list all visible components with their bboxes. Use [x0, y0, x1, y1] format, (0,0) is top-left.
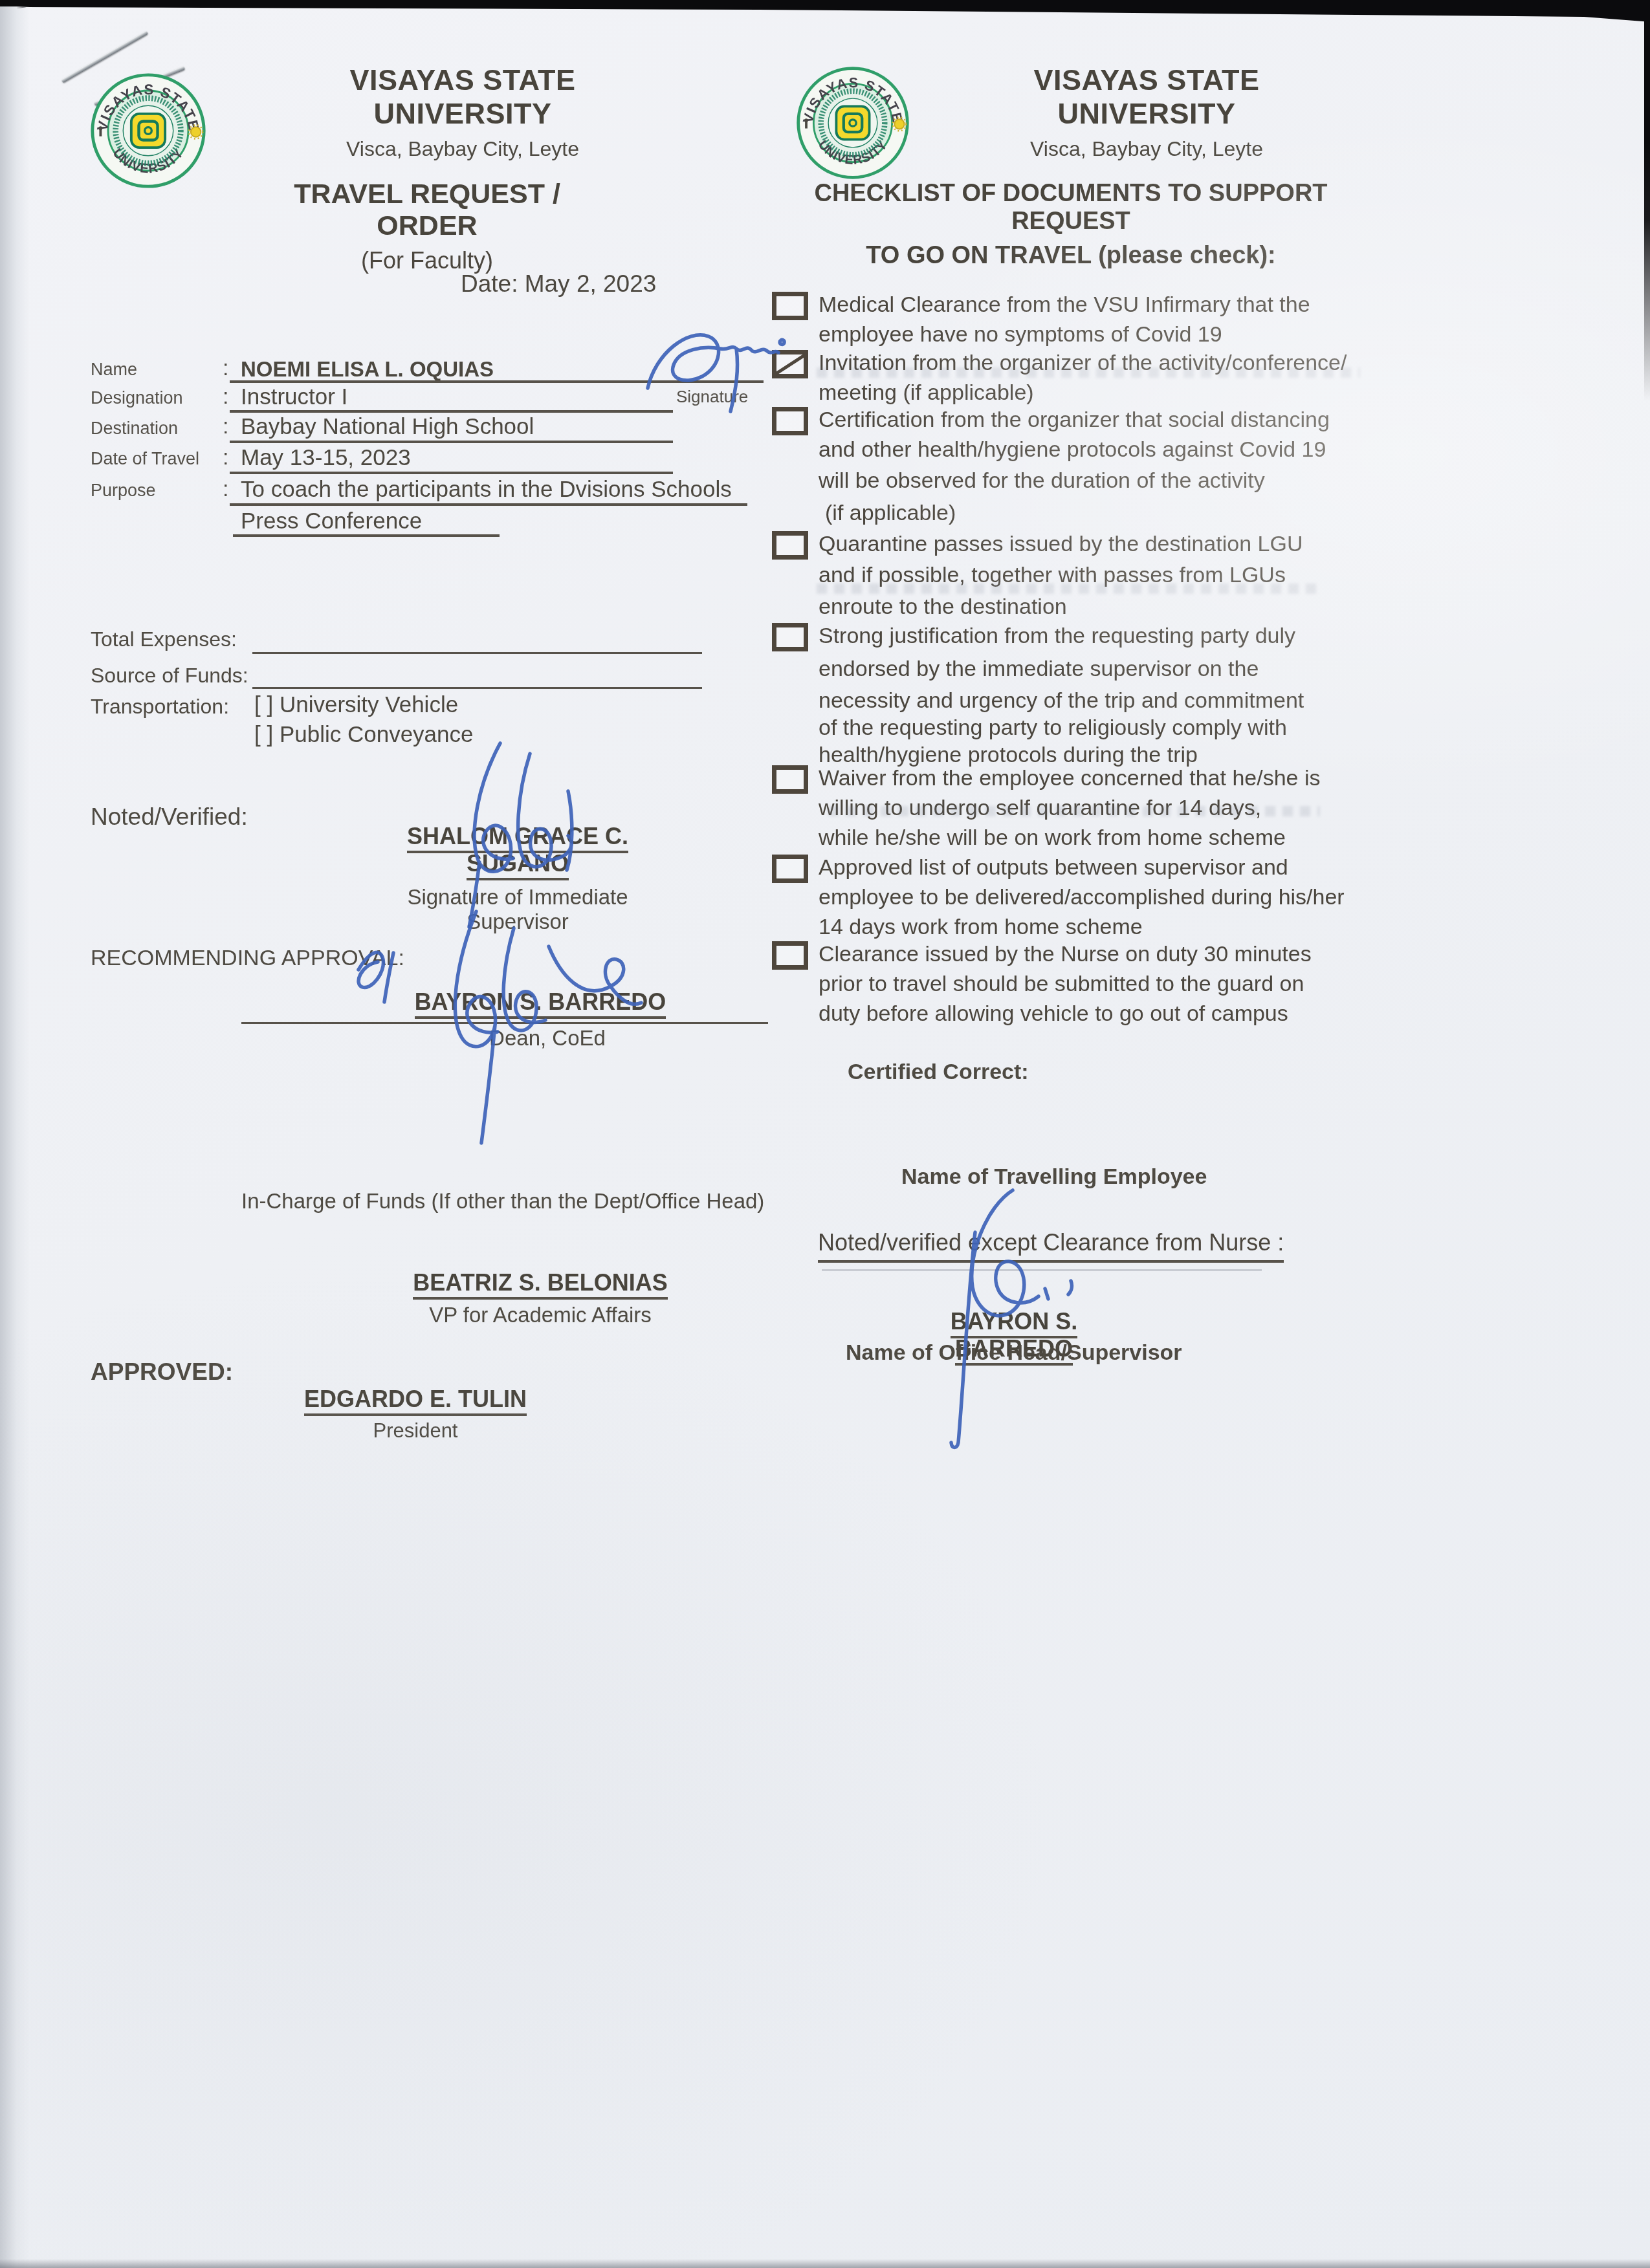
field-colon: :	[223, 477, 228, 502]
checkbox-icon	[772, 531, 808, 560]
university-address: Visca, Baybay City, Leyte	[272, 137, 654, 161]
vp-caption: VP for Academic Affairs	[411, 1303, 670, 1327]
university-seal-logo: VISAYAS STATE UNIVERSITY	[795, 65, 911, 181]
form-title: TRAVEL REQUEST / ORDER	[259, 179, 595, 242]
scanner-top-edge	[0, 0, 1650, 30]
recommending-signature-ink	[336, 896, 699, 1148]
checklist-item-text: prior to travel should be submitted to t…	[819, 969, 1312, 999]
field-underline	[230, 410, 673, 413]
field-colon: :	[223, 414, 228, 439]
checklist-item-text: Quarantine passes issued by the destinat…	[819, 529, 1303, 559]
checklist-item-text: Approved list of outputs between supervi…	[819, 853, 1345, 882]
source-of-funds-underline	[252, 687, 702, 689]
president-caption: President	[286, 1419, 545, 1443]
field-underline	[230, 441, 673, 443]
checklist-item: Clearance issued by the Nurse on duty 30…	[772, 939, 1393, 1029]
checklist-item: Strong justification from the requesting…	[772, 621, 1393, 769]
field-label-purpose: Purpose	[91, 481, 156, 501]
field-value-purpose-line2: Press Conference	[241, 508, 422, 534]
field-colon: :	[223, 356, 228, 381]
checklist-item-text: will be observed for the duration of the…	[819, 464, 1330, 497]
total-expenses-underline	[252, 652, 702, 654]
scanner-right-edge	[1644, 0, 1650, 401]
bleed-through-text	[828, 806, 1320, 816]
employee-signature-ink	[637, 316, 786, 422]
field-label-destination: Destination	[91, 419, 178, 439]
checklist-item-text: while he/she will be on work from home s…	[819, 823, 1320, 853]
scanned-travel-request-document: VISAYAS STATE UNIVERSITY VISAYAS STATE U…	[0, 0, 1650, 2268]
checklist-item-text: meeting (if applicable)	[819, 378, 1347, 408]
checkbox-icon	[772, 765, 808, 794]
checklist-item: Approved list of outputs between supervi…	[772, 853, 1393, 942]
checkbox-icon	[772, 941, 808, 970]
checklist-item: Certification from the organizer that so…	[772, 405, 1393, 529]
checklist-item-text: enroute to the destination	[819, 591, 1303, 622]
field-label-date-of-travel: Date of Travel	[91, 449, 199, 469]
checkbox-icon	[772, 623, 808, 651]
checklist-item: Quarantine passes issued by the destinat…	[772, 529, 1393, 622]
field-label-name: Name	[91, 360, 137, 380]
checklist-item-text: duty before allowing vehicle to go out o…	[819, 999, 1312, 1029]
paper-left-edge-shadow	[0, 6, 30, 2268]
field-colon: :	[223, 445, 228, 470]
field-value-destination: Baybay National High School	[241, 414, 534, 440]
field-colon: :	[223, 384, 228, 409]
checklist-item-text: 14 days work from home scheme	[819, 912, 1345, 942]
university-name: VISAYAS STATE UNIVERSITY	[956, 63, 1337, 131]
total-expenses-label: Total Expenses:	[91, 627, 237, 651]
university-seal-logo: VISAYAS STATE UNIVERSITY	[89, 71, 208, 190]
checklist-item-text: employee have no symptoms of Covid 19	[819, 320, 1310, 349]
bleed-through-text	[817, 583, 1321, 594]
field-value-date-of-travel: May 13-15, 2023	[241, 445, 411, 471]
checklist-item-text: endorsed by the immediate supervisor on …	[819, 651, 1304, 687]
field-underline	[230, 503, 747, 506]
checklist-item: Invitation from the organizer of the act…	[772, 348, 1393, 408]
field-label-designation: Designation	[91, 388, 183, 408]
checklist-item-text: (if applicable)	[819, 497, 1330, 529]
checklist-item-text: Waiver from the employee concerned that …	[819, 763, 1320, 793]
checkbox-icon	[772, 855, 808, 883]
checklist-item-text: of the requesting party to religiously c…	[819, 714, 1304, 741]
checklist-item-text: employee to be delivered/accomplished du…	[819, 882, 1345, 912]
source-of-funds-label: Source of Funds:	[91, 664, 248, 688]
checklist-item-text: Medical Clearance from the VSU Infirmary…	[819, 290, 1310, 320]
certified-correct-label: Certified Correct:	[848, 1060, 1029, 1085]
university-address: Visca, Baybay City, Leyte	[956, 137, 1337, 161]
date-line: Date: May 2, 2023	[461, 270, 656, 298]
university-name: VISAYAS STATE UNIVERSITY	[272, 63, 654, 131]
transport-option-university-vehicle: [ ] University Vehicle	[254, 692, 458, 718]
approved-label: APPROVED:	[91, 1358, 233, 1386]
field-value-purpose-line1: To coach the participants in the Dvision…	[241, 477, 732, 503]
incharge-caption: In-Charge of Funds (If other than the De…	[241, 1189, 764, 1214]
bleed-through-text	[817, 367, 1360, 378]
checklist-item-text: Clearance issued by the Nurse on duty 30…	[819, 939, 1312, 969]
checklist-item-text: Certification from the organizer that so…	[819, 405, 1330, 435]
president-name: EDGARDO E. TULIN	[304, 1386, 527, 1416]
checklist-item: Medical Clearance from the VSU Infirmary…	[772, 290, 1393, 349]
field-underline	[233, 534, 500, 537]
checklist-title-line1: CHECKLIST OF DOCUMENTS TO SUPPORT REQUES…	[767, 180, 1375, 235]
office-head-signature-ink	[941, 1171, 1123, 1462]
checklist-item-text: and other health/hygiene protocols again…	[819, 435, 1330, 464]
field-value-designation: Instructor I	[241, 384, 347, 410]
checklist-title-line2: TO GO ON TRAVEL (please check):	[767, 242, 1375, 270]
checklist-item-text: necessity and urgency of the trip and co…	[819, 687, 1304, 714]
vp-name: BEATRIZ S. BELONIAS	[413, 1269, 667, 1300]
checklist-item-text: Strong justification from the requesting…	[819, 621, 1304, 651]
field-underline	[230, 472, 673, 474]
paper-bottom-edge-shadow	[0, 2259, 1650, 2268]
transportation-label: Transportation:	[91, 695, 229, 719]
field-value-name: NOEMI ELISA L. OQUIAS	[241, 357, 494, 382]
noted-verified-label: Noted/Verified:	[91, 803, 248, 831]
